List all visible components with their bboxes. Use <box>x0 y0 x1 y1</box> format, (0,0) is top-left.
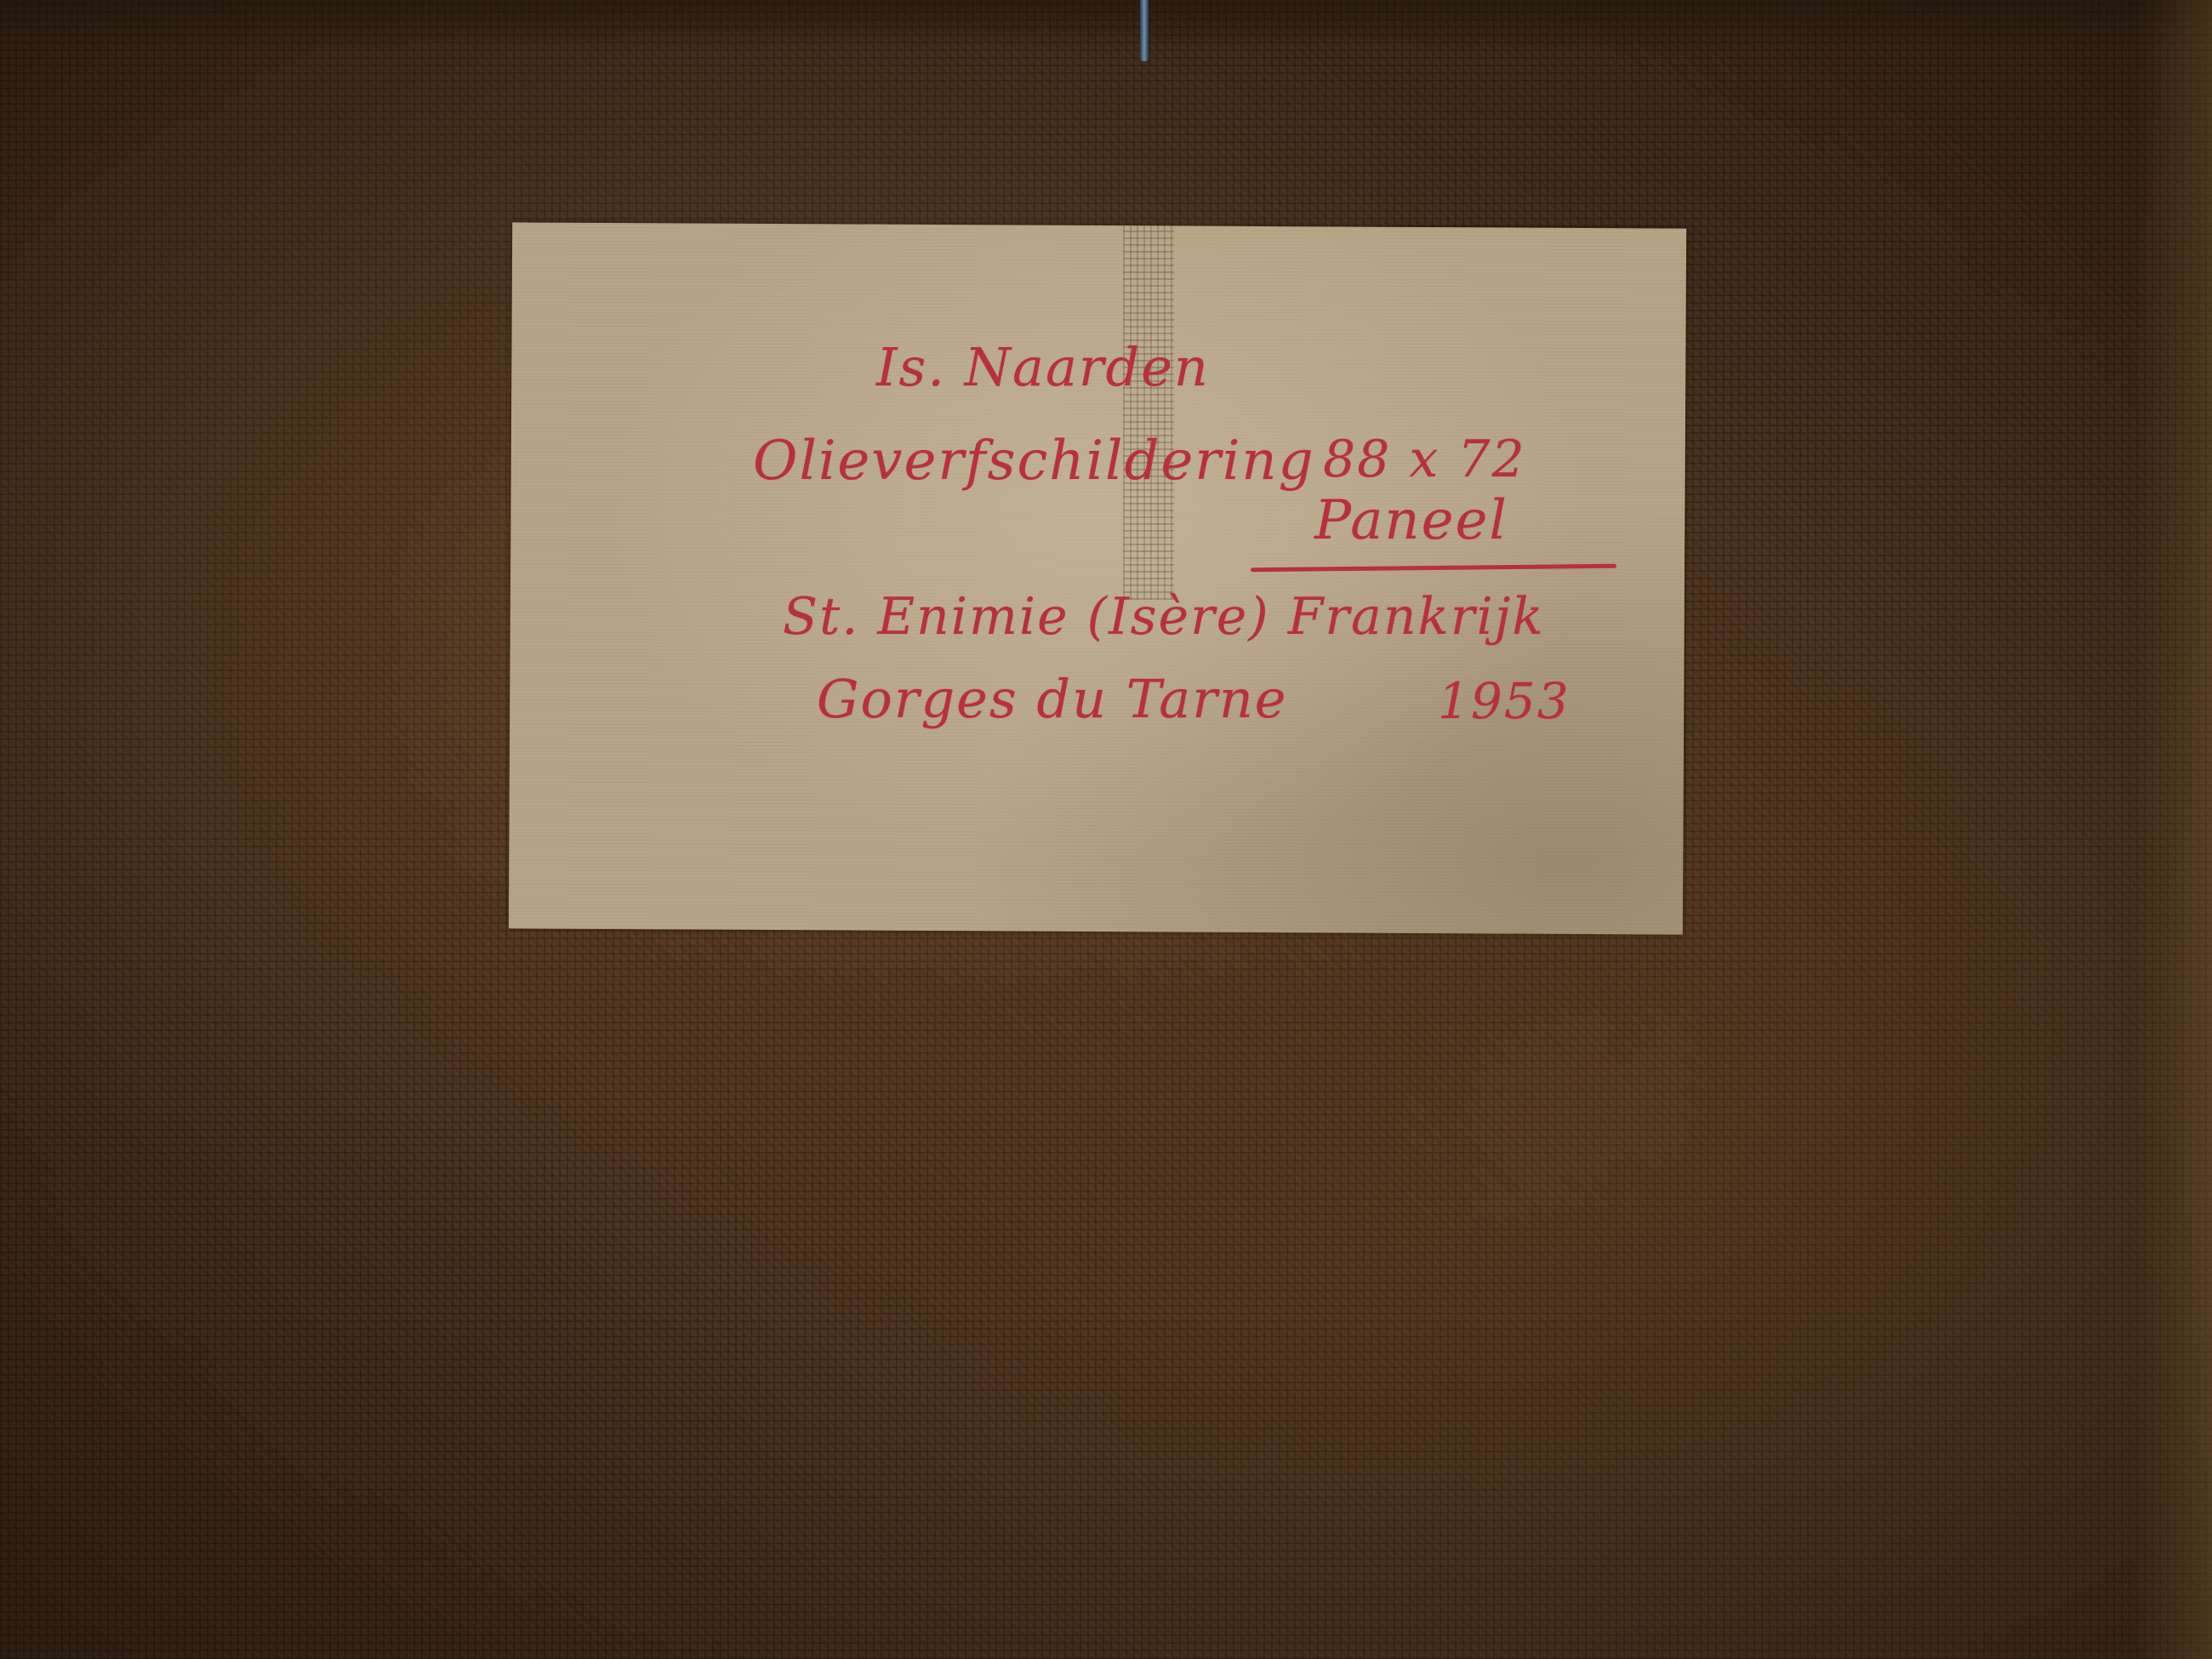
label-location-text: St. Enimie (Isère) Frankrijk <box>783 587 1545 647</box>
label-texture-strip <box>1123 225 1174 600</box>
paper-label <box>509 222 1686 934</box>
hanging-nail <box>1140 0 1149 61</box>
frame-top-edge <box>0 0 2212 51</box>
label-year-text: 1953 <box>1438 672 1571 730</box>
label-support-text: Paneel <box>1314 489 1508 552</box>
frame-right-edge <box>2135 0 2212 1659</box>
label-owner-text: Is. Naarden <box>876 336 1210 398</box>
label-medium-text: Olieverfschildering <box>753 430 1315 493</box>
label-title-text: Gorges du Tarne <box>817 668 1288 730</box>
label-dimensions-text: 88 x 72 <box>1323 430 1526 489</box>
